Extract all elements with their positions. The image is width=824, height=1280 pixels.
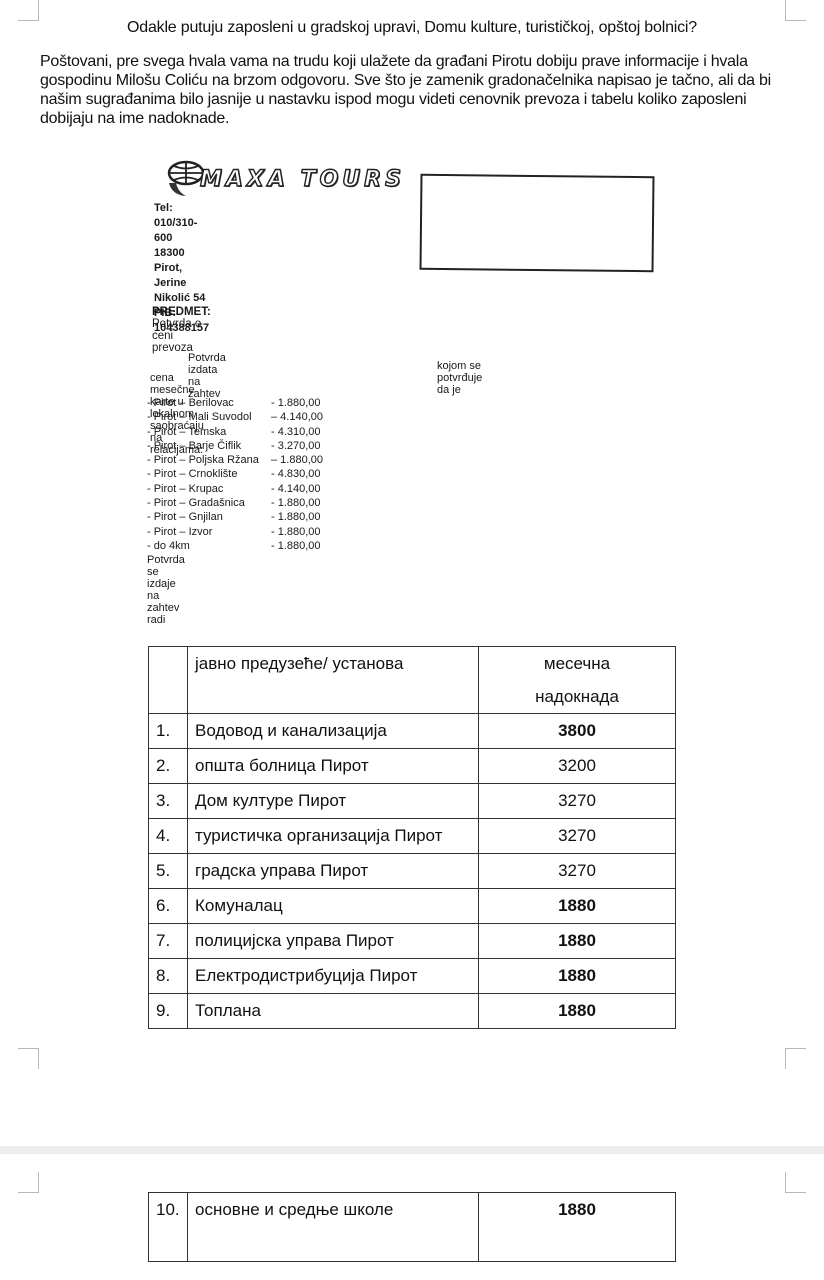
phone: Tel: 010/310-600: [154, 201, 209, 246]
table-row: 2.општа болница Пирот3200: [149, 749, 676, 784]
row-institution: Електродистрибуција Пирот: [188, 959, 479, 994]
page-corner-marker: [18, 0, 39, 21]
route-price: - 4.140,00: [271, 482, 321, 496]
route-price-list: - Pirot – Berilovac- 1.880,00- Pirot – M…: [147, 396, 323, 553]
page-corner-marker: [785, 0, 806, 21]
route-price: - 1.880,00: [271, 539, 321, 553]
route-item: - do 4km- 1.880,00: [147, 539, 323, 553]
page-corner-marker: [785, 1172, 806, 1193]
row-institution: Топлана: [188, 994, 479, 1029]
row-number: 4.: [149, 819, 188, 854]
route-name: - Pirot – Temska: [147, 425, 271, 439]
page-corner-marker: [785, 1048, 806, 1069]
page-corner-marker: [18, 1172, 39, 1193]
table-row: 10.основне и средње школе1880: [149, 1193, 676, 1262]
route-item: - Pirot – Izvor- 1.880,00: [147, 525, 323, 539]
route-price: – 4.140,00: [271, 410, 323, 424]
row-amount: 1880: [479, 1193, 676, 1262]
confirmation-text: kojom se potvrđuje da je: [437, 360, 482, 396]
row-number: 1.: [149, 714, 188, 749]
row-number: 5.: [149, 854, 188, 889]
row-amount: 3270: [479, 854, 676, 889]
row-amount: 3270: [479, 819, 676, 854]
route-name: - Pirot – Gradašnica: [147, 496, 271, 510]
row-institution: општа болница Пирот: [188, 749, 479, 784]
route-item: - Pirot – Crnoklište- 4.830,00: [147, 467, 323, 481]
route-item: - Pirot – Krupac- 4.140,00: [147, 482, 323, 496]
row-institution: туристичка организација Пирот: [188, 819, 479, 854]
row-amount: 3800: [479, 714, 676, 749]
route-item: - Pirot – Poljska Ržana– 1.880,00: [147, 453, 323, 467]
subject-line: PREDMET: Potvrda o ceni prevoza: [152, 306, 211, 354]
route-price: - 3.270,00: [271, 439, 321, 453]
table-row: 9.Топлана1880: [149, 994, 676, 1029]
route-item: - Pirot – Gradašnica- 1.880,00: [147, 496, 323, 510]
address: 18300 Pirot, Jerine Nikolić 54: [154, 246, 209, 306]
table-row: 6.Комуналац1880: [149, 889, 676, 924]
compensation-table: јавно предузеће/ установа месечнанадокна…: [148, 646, 676, 1029]
table-row: 3.Дом културе Пирот3270: [149, 784, 676, 819]
route-price: - 4.310,00: [271, 425, 321, 439]
compensation-table-continued: 10.основне и средње школе1880: [148, 1192, 676, 1262]
intro-paragraph: Poštovani, pre svega hvala vama na trudu…: [40, 52, 800, 128]
route-item: - Pirot – Berilovac- 1.880,00: [147, 396, 323, 410]
table-row: 7.полицијска управа Пирот1880: [149, 924, 676, 959]
header-amount: месечнанадокнада: [479, 647, 676, 714]
subject-value: Potvrda o ceni prevoza: [152, 318, 201, 354]
row-amount: 1880: [479, 889, 676, 924]
document-title: Odakle putuju zaposleni u gradskoj uprav…: [0, 19, 824, 37]
footnote: Potvrda se izdaje na zahtev radi: [147, 554, 185, 626]
route-name: - Pirot – Mali Suvodol: [147, 410, 271, 424]
route-price: – 1.880,00: [271, 453, 323, 467]
row-institution: полицијска управа Пирот: [188, 924, 479, 959]
row-institution: Дом културе Пирот: [188, 784, 479, 819]
route-price: - 1.880,00: [271, 396, 321, 410]
row-number: 3.: [149, 784, 188, 819]
route-item: - Pirot – Temska- 4.310,00: [147, 425, 323, 439]
address-box: [420, 174, 655, 272]
row-institution: основне и средње школе: [188, 1193, 479, 1262]
table-row: 5.градска управа Пирот3270: [149, 854, 676, 889]
company-logo: MAXA TOURS: [166, 158, 416, 200]
table-row: 8.Електродистрибуција Пирот1880: [149, 959, 676, 994]
row-amount: 3200: [479, 749, 676, 784]
row-number: 7.: [149, 924, 188, 959]
table-row: 4.туристичка организација Пирот3270: [149, 819, 676, 854]
row-number: 8.: [149, 959, 188, 994]
row-number: 10.: [149, 1193, 188, 1262]
company-name: MAXA TOURS: [200, 167, 405, 192]
row-amount: 3270: [479, 784, 676, 819]
route-item: - Pirot – Mali Suvodol– 4.140,00: [147, 410, 323, 424]
route-name: - do 4km: [147, 539, 271, 553]
route-name: - Pirot – Berilovac: [147, 396, 271, 410]
row-institution: градска управа Пирот: [188, 854, 479, 889]
route-price: - 4.830,00: [271, 467, 321, 481]
page-break-separator: [0, 1146, 824, 1154]
route-name: - Pirot – Crnoklište: [147, 467, 271, 481]
row-amount: 1880: [479, 994, 676, 1029]
route-name: - Pirot – Izvor: [147, 525, 271, 539]
page-corner-marker: [18, 1048, 39, 1069]
subject-label: PREDMET:: [152, 306, 211, 318]
header-institution: јавно предузеће/ установа: [188, 647, 479, 714]
row-institution: Комуналац: [188, 889, 479, 924]
route-item: - Pirot – Gnjilan- 1.880,00: [147, 510, 323, 524]
route-name: - Pirot – Gnjilan: [147, 510, 271, 524]
route-item: - Pirot – Barje Čiflik- 3.270,00: [147, 439, 323, 453]
row-number: 2.: [149, 749, 188, 784]
row-amount: 1880: [479, 959, 676, 994]
route-name: - Pirot – Barje Čiflik: [147, 439, 271, 453]
route-name: - Pirot – Poljska Ržana: [147, 453, 271, 467]
row-number: 6.: [149, 889, 188, 924]
table-row: 1.Водовод и канализација3800: [149, 714, 676, 749]
route-price: - 1.880,00: [271, 496, 321, 510]
header-num: [149, 647, 188, 714]
route-price: - 1.880,00: [271, 525, 321, 539]
row-institution: Водовод и канализација: [188, 714, 479, 749]
route-name: - Pirot – Krupac: [147, 482, 271, 496]
row-amount: 1880: [479, 924, 676, 959]
route-price: - 1.880,00: [271, 510, 321, 524]
table-header-row: јавно предузеће/ установа месечнанадокна…: [149, 647, 676, 714]
row-number: 9.: [149, 994, 188, 1029]
